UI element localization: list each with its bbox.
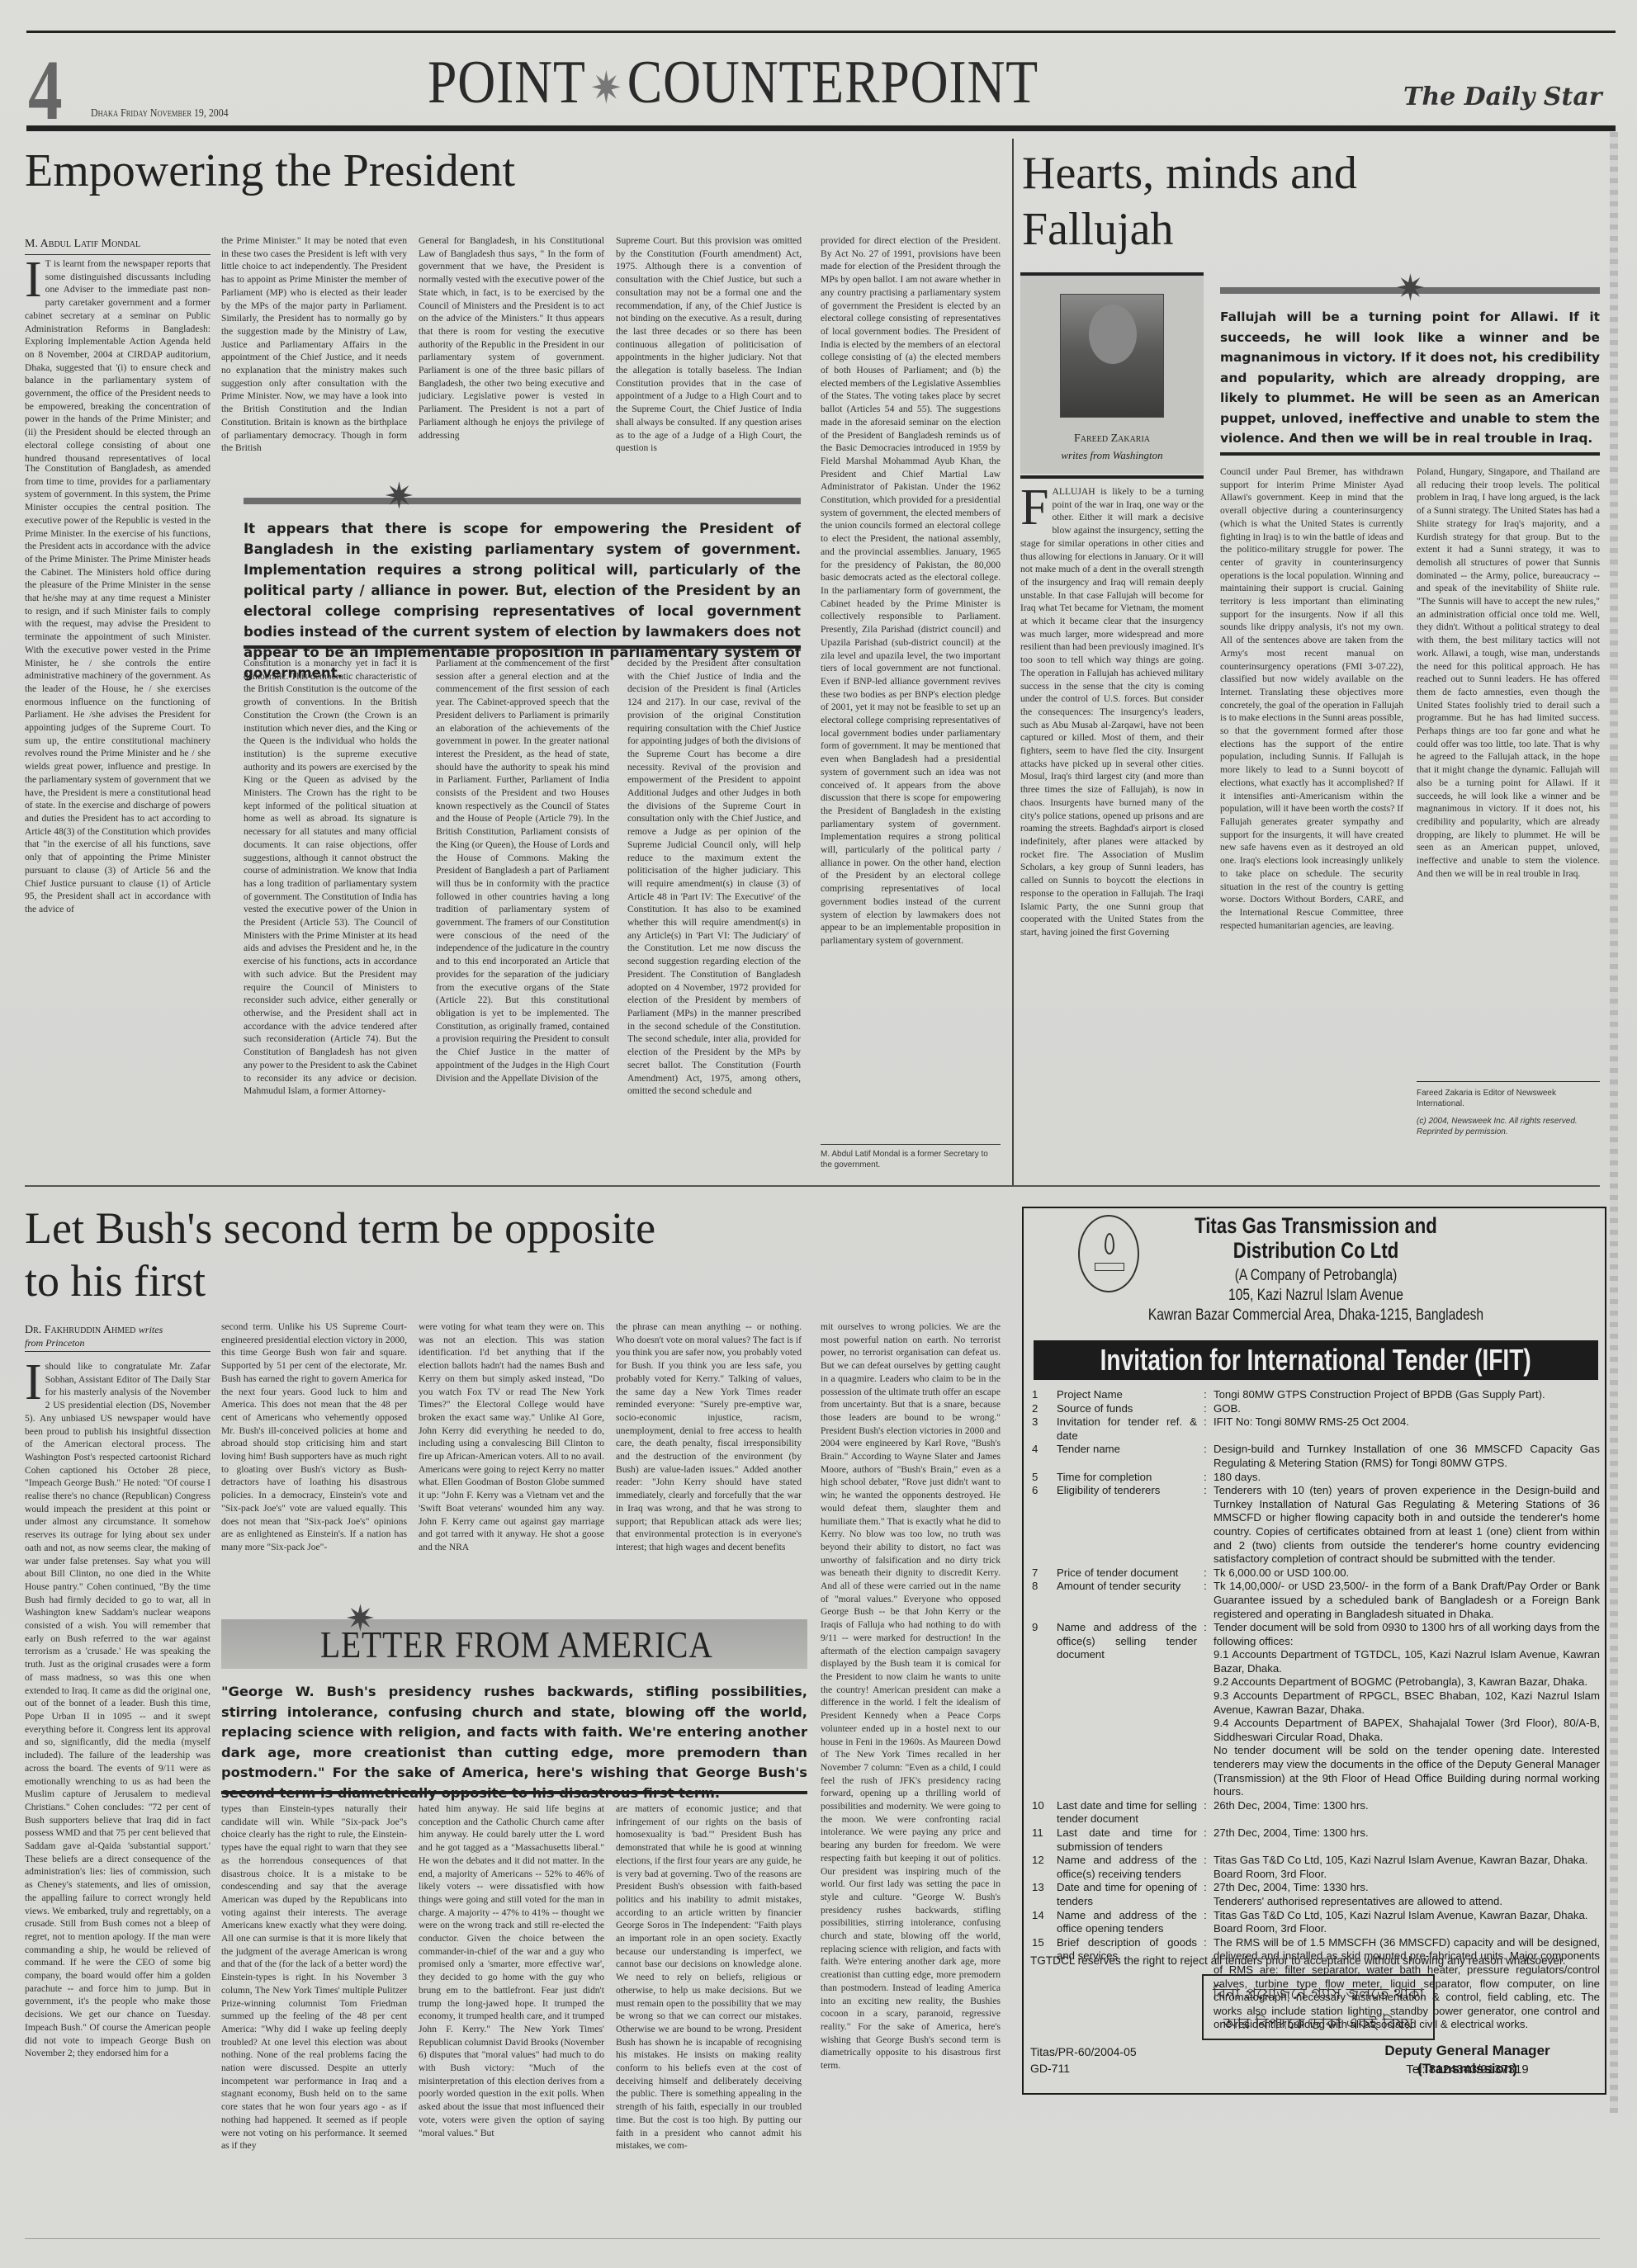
headline-bush: Let Bush's second term be opposite to hi…: [25, 1202, 655, 1307]
fallujah-col-3: Poland, Hungary, Singapore, and Thailand…: [1417, 465, 1600, 1076]
president-col-5: provided for direct election of the Pres…: [821, 234, 1001, 1126]
scan-edge: [1610, 132, 1618, 2113]
author-face: [1089, 305, 1137, 364]
dropcap-bush: I: [25, 1362, 45, 1403]
bush-col-2-top: second term. Unlike his US Supreme Court…: [221, 1321, 407, 1611]
page-bottom-rule: [25, 2238, 1600, 2239]
author-note-president: M. Abdul Latif Mondal is a former Secret…: [821, 1149, 1001, 1170]
tender-reservation-note: TGTDCL reserves the right to reject all …: [1030, 1954, 1600, 1967]
tender-row: 13Date and time for opening of tenders: …: [1032, 1881, 1600, 1908]
byline-bush-article: Dr. Fakhruddin Ahmed writes from Princet…: [25, 1324, 211, 1352]
author-box: Fareed Zakaria writes from Washington: [1020, 276, 1204, 474]
tender-details-table: 1Project Name:Tongi 80MW GTPS Constructi…: [1032, 1388, 1600, 2032]
dropcap: I: [25, 259, 45, 300]
pullquote-bush-rule: [221, 1791, 807, 1794]
pullquote-bush: "George W. Bush's presidency rushes back…: [221, 1682, 807, 1803]
author-location-fallujah: writes from Washington: [1020, 449, 1204, 462]
tender-row: 6Eligibility of tenderers:Tenderers with…: [1032, 1484, 1600, 1566]
bush-col-3-top: were voting for what team they were on. …: [419, 1321, 604, 1611]
starburst-icon-fallujah: ✷: [1395, 271, 1426, 307]
tender-row: 9Name and address of the office(s) selli…: [1032, 1621, 1600, 1799]
page-number: 4: [28, 51, 63, 130]
bush-col-3-bottom: hated him anyway. He said life begins at…: [419, 1803, 604, 2235]
bush-col-4-top: the phrase can mean anything -- or nothi…: [616, 1321, 802, 1611]
tender-row: 2Source of funds:GOB.: [1032, 1402, 1600, 1416]
starburst-icon-bush: ✷: [345, 1601, 376, 1637]
tender-row: 10Last date and time for selling tender …: [1032, 1799, 1600, 1826]
bush-col-4-bottom: are matters of economic justice; and tha…: [616, 1803, 802, 2235]
author-note-rule: [821, 1144, 1001, 1145]
fallujah-col-2: Council under Paul Bremer, has withdrawn…: [1220, 465, 1403, 1175]
star-icon: ✷: [590, 55, 623, 121]
president-col-4-bottom: decided by the President after consultat…: [627, 657, 801, 1180]
tender-advertisement: Titas Gas Transmission and Distribution …: [1022, 1207, 1606, 2095]
ad-telephone: Tel: 8124343/9137319: [1337, 2062, 1597, 2078]
tender-row: 8Amount of tender security:Tk 14,00,000/…: [1032, 1580, 1600, 1621]
author-name-fallujah: Fareed Zakaria: [1020, 432, 1204, 446]
ad-company-line2: Distribution Co Ltd: [1076, 1238, 1556, 1263]
section-title-point: Point: [428, 49, 586, 116]
headline-fallujah: Hearts, minds and Fallujah: [1022, 145, 1357, 258]
bush-col-5: mit ourselves to wrong policies. We are …: [821, 1321, 1001, 2235]
ad-parent-company: (A Company of Petrobangla): [1076, 1266, 1556, 1286]
pullquote-fallujah-rule: [1220, 452, 1600, 456]
letter-from-america-banner: Letter from America: [221, 1619, 807, 1669]
section-title: Point✷Counterpoint: [428, 50, 1039, 121]
tender-banner: Invitation for International Tender (IFI…: [1034, 1340, 1598, 1380]
president-col-2-bottom: Constitution is a monarchy yet in fact i…: [244, 657, 417, 1180]
tender-row: 4Tender name:Design-build and Turnkey In…: [1032, 1443, 1600, 1470]
tender-row: 5Time for completion:180 days.: [1032, 1471, 1600, 1485]
president-col-1-bottom: The Constitution of Bangladesh, as amend…: [25, 462, 211, 1180]
ad-address-line2: Kawran Bazar Commercial Area, Dhaka-1215…: [1076, 1306, 1556, 1325]
dropcap-fallujah: F: [1020, 487, 1052, 528]
tender-row: 7Price of tender document:Tk 6,000.00 or…: [1032, 1566, 1600, 1581]
tender-row: 11Last date and time for submission of t…: [1032, 1826, 1600, 1854]
pullquote-fallujah: Fallujah will be a turning point for All…: [1220, 307, 1600, 449]
ad-reference-numbers: Titas/PR-60/2004-05 GD-711: [1030, 2044, 1137, 2077]
fallujah-col-1: FALLUJAH is likely to be a turning point…: [1020, 485, 1204, 1175]
section-title-counterpoint: Counterpoint: [627, 49, 1039, 116]
fallujah-credit-rule: [1417, 1081, 1600, 1082]
author-box-rule-bottom: [1020, 475, 1204, 479]
author-note-fallujah: Fareed Zakaria is Editor of Newsweek Int…: [1417, 1088, 1600, 1109]
president-col-2-top: the Prime Minister." It may be noted tha…: [221, 234, 407, 462]
section-divider-horizontal: [25, 1185, 1600, 1187]
dateline: Dhaka Friday November 19, 2004: [91, 107, 229, 120]
column-label: Letter from America: [320, 1623, 713, 1666]
ad-company-line1: Titas Gas Transmission and: [1076, 1213, 1556, 1238]
masthead-bottom-rule: [26, 125, 1616, 131]
tender-row: 1Project Name:Tongi 80MW GTPS Constructi…: [1032, 1388, 1600, 1402]
column-divider: [1012, 139, 1014, 1187]
bangla-slogan-box: বিনা প্রয়োজনে গ্যাস জ্বলতে থাকা আর বিপদ…: [1202, 1974, 1435, 2040]
tender-row: 14Name and address of the office opening…: [1032, 1909, 1600, 1936]
bush-col-2-bottom: types than Einstein-types naturally thei…: [221, 1803, 407, 2235]
president-col-3-top: General for Bangladesh, in his Constitut…: [419, 234, 604, 462]
president-col-1-top: IT is learnt from the newspaper reports …: [25, 258, 211, 462]
masthead-top-rule: [26, 31, 1616, 33]
author-photo: [1060, 294, 1164, 418]
byline-president-article: M. Abdul Latif Mondal: [25, 238, 211, 255]
newspaper-logo: The Daily Star: [1403, 83, 1602, 111]
pullquote-rule-bottom: [244, 645, 801, 649]
tender-row: 3Invitation for tender ref. & date:IFIT …: [1032, 1415, 1600, 1443]
newspaper-page: 4 Dhaka Friday November 19, 2004 Point✷C…: [0, 0, 1637, 2268]
starburst-icon: ✷: [384, 479, 414, 515]
bush-col-1: I should like to congratulate Mr. Zafar …: [25, 1360, 211, 2235]
copyright-fallujah: (c) 2004, Newsweek Inc. All rights reser…: [1417, 1116, 1600, 1137]
pullquote-bar-top: [244, 498, 801, 504]
ad-address-line1: 105, Kazi Nazrul Islam Avenue: [1076, 1286, 1556, 1306]
president-col-3-bottom: Parliament at the commencement of the fi…: [436, 657, 609, 1180]
president-col-4-top: Supreme Court. But this provision was om…: [616, 234, 802, 462]
tender-row: 12Name and address of the office(s) rece…: [1032, 1854, 1600, 1881]
headline-empowering-president: Empowering the President: [25, 147, 515, 196]
